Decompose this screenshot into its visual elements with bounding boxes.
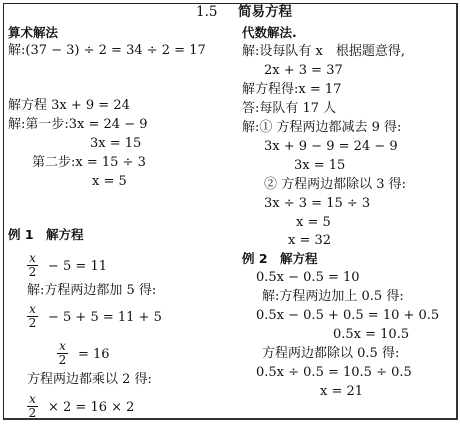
example1-line3-fraction: x 2: [57, 340, 68, 367]
fraction-numerator: x: [28, 252, 37, 265]
example2-line2: 0.5x − 0.5 + 0.5 = 10 + 0.5: [256, 308, 439, 324]
arithmetic-solution: 解:(37 − 3) ÷ 2 = 34 ÷ 2 = 17: [8, 43, 206, 59]
example2-result: x = 21: [320, 384, 363, 400]
steps-step1-eq: 3x + 9 − 9 = 24 − 9: [264, 139, 398, 155]
example2-line4: 0.5x ÷ 0.5 = 10.5 ÷ 0.5: [256, 365, 412, 381]
section-title: 简易方程: [238, 4, 292, 20]
example1-multiply-text: 方程两边都乘以 2 得:: [27, 372, 152, 388]
example2-label: 例 2 解方程: [242, 251, 318, 267]
fraction-denominator: 2: [29, 317, 37, 330]
example1-line4-fraction: x 2: [27, 393, 38, 420]
solve-step1-result: 3x = 15: [90, 136, 141, 152]
steps-step2-text: ② 方程两边都除以 3 得:: [264, 177, 406, 193]
solve-step2-result: x = 5: [92, 174, 127, 190]
example1-line4: × 2 = 16 × 2: [48, 400, 134, 416]
steps-step2-eq: 3x ÷ 3 = 15 ÷ 3: [264, 196, 370, 212]
algebra-solved: 解方程得:x = 17: [242, 82, 341, 98]
example2-solution-text: 解:方程两边加上 0.5 得:: [262, 289, 404, 305]
arithmetic-heading: 算术解法: [8, 25, 58, 41]
algebra-let: 解:设每队有 x 根据题意得,: [242, 44, 405, 60]
algebra-heading: 代数解法.: [242, 25, 297, 41]
steps-extra-result: x = 32: [288, 233, 331, 249]
example1-solution-text: 解:方程两边都加 5 得:: [27, 283, 156, 299]
example1-fraction: x 2: [27, 252, 38, 279]
example2-divide-text: 方程两边都除以 0.5 得:: [262, 346, 399, 362]
section-number: 1.5: [196, 4, 217, 20]
algebra-equation: 2x + 3 = 37: [264, 63, 343, 79]
steps-step1-result: 3x = 15: [294, 158, 345, 174]
example1-line2-fraction: x 2: [27, 303, 38, 330]
fraction-numerator: x: [58, 340, 67, 353]
example1-line3: = 16: [78, 347, 110, 363]
steps-step2-result: x = 5: [296, 215, 331, 231]
fraction-denominator: 2: [29, 407, 37, 420]
solve-equation-heading: 解方程 3x + 9 = 24: [8, 98, 130, 114]
fraction-denominator: 2: [29, 266, 37, 279]
example1-equation: − 5 = 11: [48, 259, 107, 275]
example2-equation: 0.5x − 0.5 = 10: [256, 270, 360, 286]
example2-line3: 0.5x = 10.5: [333, 327, 409, 343]
fraction-denominator: 2: [59, 354, 67, 367]
solve-step2: 第二步:x = 15 ÷ 3: [32, 155, 146, 171]
algebra-answer: 答:每队有 17 人: [242, 101, 336, 117]
steps-step1-text: 解:① 方程两边都减去 9 得:: [242, 120, 401, 136]
example1-line2: − 5 + 5 = 11 + 5: [48, 310, 162, 326]
fraction-numerator: x: [28, 393, 37, 406]
fraction-numerator: x: [28, 303, 37, 316]
solve-step1: 解:第一步:3x = 24 − 9: [8, 117, 148, 133]
example1-label: 例 1 解方程: [8, 227, 84, 243]
